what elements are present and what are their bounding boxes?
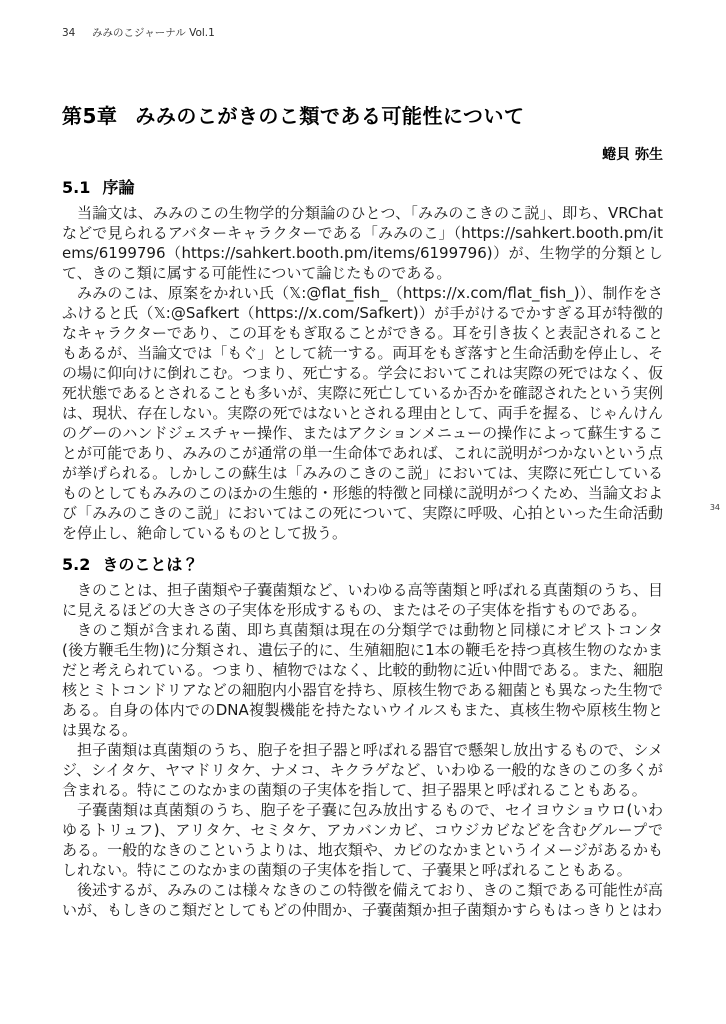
page-content: 34 みみのこジャーナル Vol.1 第5章みみのこがきのこ類である可能性につい… [62,0,663,920]
section-title: きのことは？ [102,555,198,574]
paragraph: みみのこは、原案をかれい氏（𝕏:@flat_fish_（https://x.co… [62,283,663,543]
author-name: 蜷貝 弥生 [62,147,663,163]
paragraph: 担子菌類は真菌類のうち、胞子を担子器と呼ばれる器官で懸架し放出するもので、シメジ… [62,740,663,800]
section-heading-5-1: 5.1序論 [62,178,663,198]
paragraph: 当論文は、みみのこの生物学的分類論のひとつ、「みみのこきのこ説」、即ち、VRCh… [62,203,663,283]
running-header: 34 みみのこジャーナル Vol.1 [62,27,663,39]
paragraph: 後述するが、みみのこは様々なきのこの特徴を備えており、きのこ類である可能性が高い… [62,880,663,920]
section-title: 序論 [102,178,134,197]
chapter-name: みみのこがきのこ類である可能性について [135,104,524,128]
header-page-number: 34 [62,27,92,39]
paragraph: きのこ類が含まれる菌、即ち真菌類は現在の分類学では動物と同様にオピストコンタ(後… [62,620,663,740]
paragraph: 子嚢菌類は真菌類のうち、胞子を子嚢に包み放出するもので、セイヨウショウロ(いわゆ… [62,800,663,880]
document-page: 34 みみのこジャーナル Vol.1 第5章みみのこがきのこ類である可能性につい… [0,0,726,1024]
section-number: 5.2 [62,555,90,574]
section-introduction: 5.1序論 当論文は、みみのこの生物学的分類論のひとつ、「みみのこきのこ説」、即… [62,178,663,543]
header-journal-title: みみのこジャーナル Vol.1 [92,27,215,39]
section-number: 5.1 [62,178,90,197]
section-what-is-a-mushroom: 5.2きのことは？ きのことは、担子菌類や子嚢菌類など、いわゆる高等菌類と呼ばれ… [62,555,663,920]
section-heading-5-2: 5.2きのことは？ [62,555,663,575]
paragraph: きのことは、担子菌類や子嚢菌類など、いわゆる高等菌類と呼ばれる真菌類のうち、目に… [62,580,663,620]
edge-page-number: 34 [710,503,720,512]
chapter-number: 第5章 [62,104,117,128]
chapter-title: 第5章みみのこがきのこ類である可能性について [62,103,663,129]
